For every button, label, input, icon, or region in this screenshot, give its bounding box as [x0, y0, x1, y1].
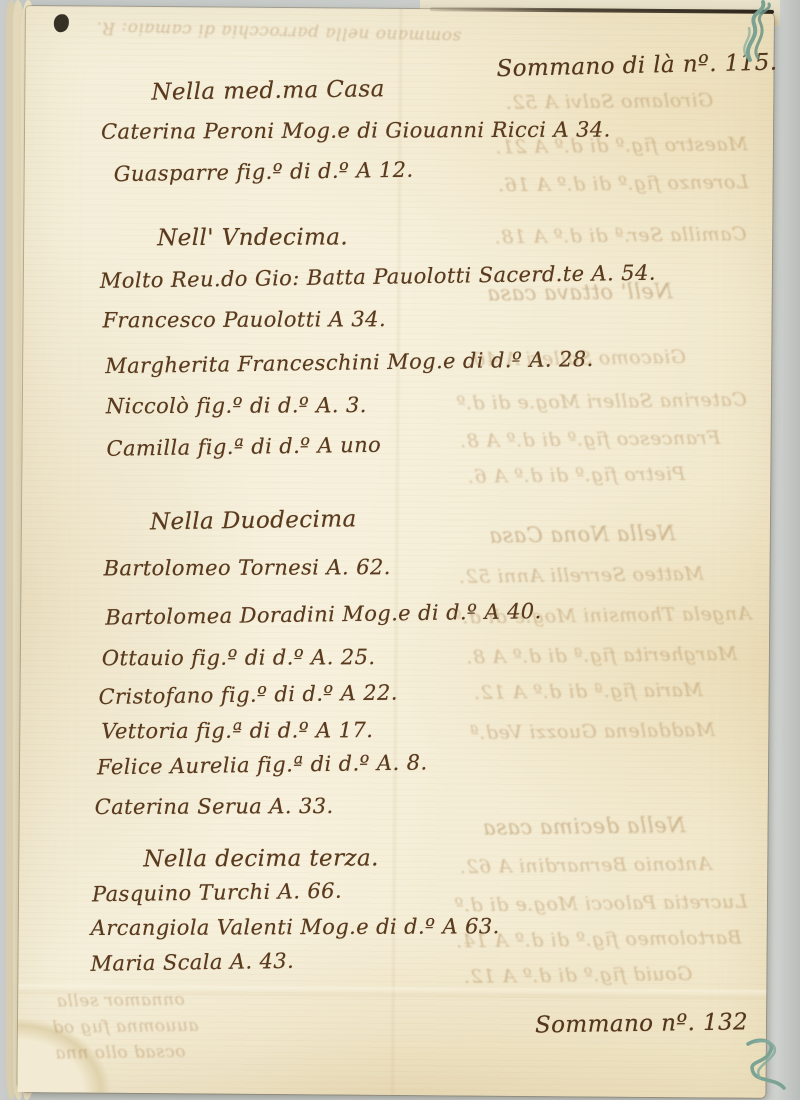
census-entry: Bartolomeo Tornesi A. 62. — [104, 555, 391, 580]
binding-thread-top — [722, 0, 782, 62]
binding-thread-bottom — [740, 1036, 798, 1092]
census-entry: Niccolò fig.º di d.º A. 3. — [106, 393, 367, 418]
bleedthrough-line: auuomna fug od — [52, 1016, 199, 1038]
bleedthrough-line: Antonio Bernardini A 62. — [459, 853, 712, 878]
section-heading: Nella Duodecima — [150, 506, 357, 535]
census-entry: Vettoria fig.ª di d.º A 17. — [101, 718, 373, 743]
census-entry: Margherita Franceschini Mog.e di d.º A. … — [105, 347, 594, 378]
bleedthrough-line: ocsad ollo nna — [55, 1042, 186, 1064]
section-heading: Nell' Vndecima. — [157, 224, 348, 251]
bleedthrough-line: Caterina Salleri Mog.e di d.º — [456, 389, 747, 415]
census-entry: Francesco Pauolotti A 34. — [102, 307, 386, 332]
bleedthrough-line: Francesco fig.º di d.º A 8. — [459, 427, 720, 452]
census-entry: Felice Aurelia fig.ª di d.º A. 8. — [97, 750, 428, 779]
bleedthrough-line: Nella Nona Casa — [489, 521, 676, 547]
bleedthrough-line: sommano nella parrocchia di camaio: R. — [96, 17, 462, 46]
census-entry: Guasparre fig.º di d.º A 12. — [114, 158, 414, 186]
section-heading: Nella decima terza. — [143, 845, 379, 872]
bleedthrough-line: Gouid fig.º di d.º A 12. — [463, 963, 692, 988]
census-entry: Maria Scala A. 43. — [90, 949, 294, 976]
page-total: Sommano nº. 132 — [535, 1009, 748, 1038]
census-entry: Caterina Peroni Mog.e di Giouanni Ricci … — [101, 117, 611, 143]
census-entry: Ottauio fig.º di d.º A. 25. — [102, 645, 376, 670]
census-entry: Camilla fig.ª di d.º A uno — [106, 433, 381, 461]
bleedthrough-line: Camilla Ser.ª di d.º A 18. — [494, 223, 747, 248]
census-entry: Cristofano fig.º di d.º A 22. — [98, 681, 398, 709]
bleedthrough-line: Maria fig.ª di d.º A 12. — [473, 679, 702, 704]
bleedthrough-line: Girolamo Salvi A 52. — [505, 89, 713, 114]
section-heading: Nella med.ma Casa — [151, 76, 385, 105]
bleedthrough-line: Pietro fig.º di d.º A 6. — [467, 463, 685, 488]
manuscript-page: sommano nella parrocchia di camaio: R. G… — [17, 6, 774, 1098]
bleedthrough-line: onnamor sella — [56, 990, 185, 1012]
bleedthrough-line: Lucretia Palocci Mog.e di d.º — [454, 891, 748, 917]
census-entry: Arcangiola Valenti Mog.e di d.º A 63. — [91, 914, 500, 940]
census-entry: Pasquino Turchi A. 66. — [92, 879, 342, 907]
bleedthrough-line: Margherita fig.ª di d.º A 8. — [466, 643, 738, 669]
bleedthrough-line: Matteo Serrelli Anni 52. — [458, 563, 704, 588]
bleedthrough-line: Nella decima casa — [482, 813, 685, 840]
ink-speck — [54, 14, 69, 32]
bleedthrough-line: Maddalena Guozzi Ved.ª — [469, 719, 715, 744]
bleedthrough-line: Lorenzo fig.º di d.º A 16. — [497, 171, 748, 196]
scanned-manuscript: sommano nella parrocchia di camaio: R. G… — [0, 0, 800, 1100]
census-entry: Caterina Serua A. 33. — [95, 794, 334, 819]
